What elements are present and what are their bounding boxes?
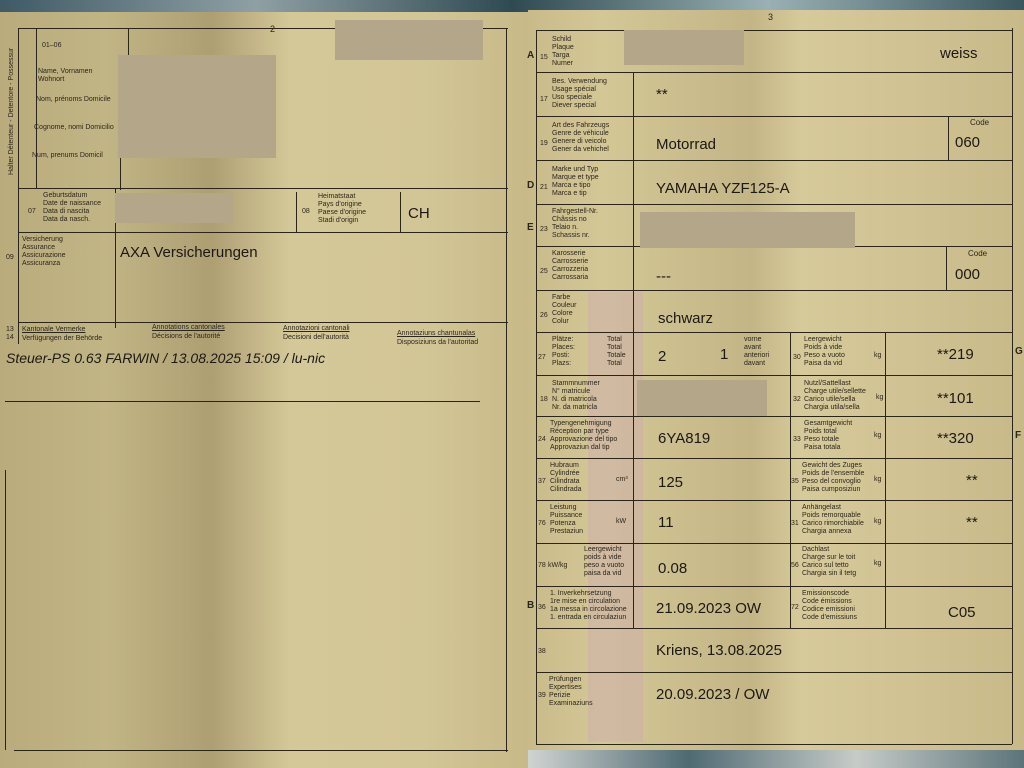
section-letter-d: D: [527, 180, 534, 191]
field-32-label: Chargia utila/sella: [804, 404, 860, 412]
field-21-number: 21: [540, 184, 548, 191]
seats-front-label: vorne: [744, 336, 762, 344]
field-31-number: 31: [791, 520, 799, 527]
field-25-label: Carrossaria: [552, 274, 588, 282]
field-25-label: Karosserie: [552, 250, 585, 258]
vehicle-type-code: 060: [955, 134, 980, 151]
divider: [536, 628, 1012, 629]
field-39-label: Perizie: [549, 692, 570, 700]
field-15-label: Schild: [552, 36, 571, 44]
divider: [536, 290, 1012, 291]
field-19-label: Genre de véhicule: [552, 130, 609, 138]
annotations-label: Annotations cantonales: [152, 324, 225, 332]
type-approval-value: 6YA819: [658, 430, 710, 447]
divider: [536, 72, 1012, 73]
field-21-label: Marke und Typ: [552, 166, 598, 174]
first-registration-value: 21.09.2023 OW: [656, 600, 761, 617]
field-24-label: Approvaziun dal tip: [550, 444, 610, 452]
divider: [536, 543, 1012, 544]
field-23-label: Fahrgestell-Nr.: [552, 208, 598, 216]
code-label: Code: [970, 118, 989, 127]
top-redacted: [335, 20, 483, 60]
field-35-number: 35: [791, 478, 799, 485]
field-24-label: Approvazione del tipo: [550, 436, 617, 444]
field-17-label: Diever special: [552, 102, 596, 110]
side-letter-g: G: [1015, 346, 1023, 357]
field-32-label: Carico utile/sella: [804, 396, 855, 404]
color-value: schwarz: [658, 310, 713, 327]
field-76-label: Potenza: [550, 520, 576, 528]
divider: [5, 401, 480, 402]
field-07-label: Date de naissance: [43, 200, 101, 208]
field-21-label: Marca e tip: [552, 190, 587, 198]
field-17-label: Bes. Verwendung: [552, 78, 607, 86]
trailer-load-value: **: [966, 514, 978, 531]
field-26-number: 26: [540, 312, 548, 319]
field-19-label: Gener da vehichel: [552, 146, 609, 154]
unit-cm3: cm³: [616, 476, 628, 484]
field-76-label: Leistung: [550, 504, 576, 512]
field-23-label: Telaio n.: [552, 224, 578, 232]
field-30-number: 30: [793, 354, 801, 361]
field-18-label: N. di matricola: [552, 396, 597, 404]
field-32-label: Charge utile/sellette: [804, 388, 866, 396]
field-35-label: Peso del convoglio: [802, 478, 861, 486]
field-30-label: Leergewicht: [804, 336, 842, 344]
field-15-number: 15: [540, 54, 548, 61]
field-37-label: Cylindrée: [550, 470, 580, 478]
divider: [536, 204, 1012, 205]
side-letter-f: F: [1015, 430, 1021, 441]
field-32-number: 32: [793, 396, 801, 403]
field-27-label: Plazs:: [552, 360, 571, 368]
seats-front-label: anteriori: [744, 352, 769, 360]
divider: [885, 332, 886, 628]
field-09-label: Versicherung: [22, 236, 63, 244]
field-01-06-label-de: Name, Vornamen Wohnort: [38, 68, 118, 83]
field-26-label: Colur: [552, 318, 569, 326]
divider: [536, 332, 1012, 333]
field-25-number: 25: [540, 268, 548, 275]
field-01-06-label-rm: Num, prenums Domicil: [32, 152, 112, 160]
unit-kw-kg: kW/kg: [548, 562, 567, 570]
field-30-label: Paisa da vid: [804, 360, 842, 368]
divider: [536, 30, 537, 744]
field-33-label: Paisa totala: [804, 444, 841, 452]
chassis-redacted: [640, 212, 855, 248]
field-24-label: Typengenehmigung: [550, 420, 612, 428]
displacement-value: 125: [658, 474, 683, 491]
field-25-label: Carrosserie: [552, 258, 588, 266]
field-23-label: Schassis nr.: [552, 232, 590, 240]
body-code: 000: [955, 266, 980, 283]
field-27-label: Posti:: [552, 352, 570, 360]
field-36-label: 1a messa in circolazione: [550, 606, 627, 614]
emission-code-value: C05: [948, 604, 976, 621]
field-23-number: 23: [540, 226, 548, 233]
field-35-label: Gewicht des Zuges: [802, 462, 862, 470]
field-15-label: Targa: [552, 52, 570, 60]
divider: [536, 160, 1012, 161]
field-27-sublabel: Total: [607, 336, 622, 344]
field-72-label: Emissionscode: [802, 590, 849, 598]
field-72-label: Codice emissioni: [802, 606, 855, 614]
total-weight-value: **320: [937, 430, 974, 447]
field-18-number: 18: [540, 396, 548, 403]
divider: [36, 28, 37, 188]
field-76-number: 76: [538, 520, 546, 527]
field-27-label: Places:: [552, 344, 575, 352]
field-23-label: Châssis no: [552, 216, 587, 224]
payload-value: **101: [937, 390, 974, 407]
matriculation-redacted: [637, 380, 767, 416]
divider: [536, 375, 1012, 376]
seats-front-label: davant: [744, 360, 765, 368]
field-31-label: Anhängelast: [802, 504, 841, 512]
field-08-label: Heimatstaat: [318, 193, 355, 201]
field-78-label: paisa da vid: [584, 570, 621, 578]
section-letter-b: B: [527, 600, 534, 611]
divider: [18, 28, 19, 344]
field-36-label: 1. entrada en circulaziun: [550, 614, 626, 622]
field-24-label: Réception par type: [550, 428, 609, 436]
unit-kg: kg: [874, 432, 881, 440]
field-39-label: Examinaziuns: [549, 700, 593, 708]
field-78-number: 78: [538, 562, 546, 569]
field-30-label: Poids à vide: [804, 344, 842, 352]
code-label: Code: [968, 249, 987, 258]
divider: [536, 672, 1012, 673]
field-56-label: Carico sul tetto: [802, 562, 849, 570]
field-17-number: 17: [540, 96, 548, 103]
field-09-label: Assicuranza: [22, 260, 60, 268]
field-07-label: Data da nasch.: [43, 216, 90, 224]
field-19-number: 19: [540, 140, 548, 147]
divider: [536, 500, 1012, 501]
annotations-label: Verfügungen der Behörde: [22, 335, 102, 343]
field-33-label: Poids total: [804, 428, 837, 436]
section-letter-a: A: [527, 50, 534, 61]
field-08-label: Paese d'origine: [318, 209, 366, 217]
annotations-label: Disposiziuns da l'autoritad: [397, 339, 478, 347]
make-model-value: YAMAHA YZF125-A: [656, 180, 790, 197]
field-17-label: Uso speciale: [552, 94, 592, 102]
field-30-label: Peso a vuoto: [804, 352, 845, 360]
field-27-sublabel: Totale: [607, 352, 626, 360]
divider: [946, 246, 947, 290]
vehicle-type-value: Motorrad: [656, 136, 716, 153]
field-36-number: 36: [538, 604, 546, 611]
field-01-06-label-it: Cognome, nomi Domicilio: [34, 124, 114, 132]
annotations-label: Decisioni dell'autorità: [283, 334, 349, 342]
field-18-label: N° matricule: [552, 388, 590, 396]
field-72-label: Code d'emissiuns: [802, 614, 857, 622]
issue-place-date-value: Kriens, 13.08.2025: [656, 642, 782, 659]
seats-front-value: 1: [720, 346, 728, 363]
field-01-06-number: 01–06: [42, 42, 61, 50]
tax-annotation: Steuer-PS 0.63 FARWIN / 13.08.2025 15:09…: [6, 350, 325, 366]
unit-kg: kg: [874, 560, 881, 568]
annotations-label: Annotaziuns chantunalas: [397, 330, 475, 338]
divider: [1012, 28, 1013, 744]
origin-country-value: CH: [408, 205, 430, 222]
section-letter-e: E: [527, 222, 534, 233]
divider: [18, 232, 508, 233]
field-37-label: Cilindrata: [550, 478, 580, 486]
divider: [18, 322, 508, 323]
field-35-label: Poids de l'ensemble: [802, 470, 864, 478]
divider: [506, 28, 507, 752]
field-17-label: Usage spécial: [552, 86, 596, 94]
insurance-value: AXA Versicherungen: [120, 244, 258, 261]
divider: [536, 586, 1012, 587]
field-18-label: Nr. da matricla: [552, 404, 597, 412]
field-56-label: Charge sur le toit: [802, 554, 855, 562]
field-39-label: Prüfungen: [549, 676, 581, 684]
annotations-label: Annotazioni cantonali: [283, 325, 350, 333]
field-19-label: Art des Fahrzeugs: [552, 122, 609, 130]
divider: [18, 188, 508, 189]
divider: [296, 192, 297, 232]
field-76-label: Puissance: [550, 512, 582, 520]
field-33-label: Gesamtgewicht: [804, 420, 852, 428]
field-08-label: Pays d'origine: [318, 201, 362, 209]
field-07-number: 07: [28, 208, 36, 215]
train-weight-value: **: [966, 472, 978, 489]
field-09-label: Assicurazione: [22, 252, 66, 260]
right-page-number: 3: [768, 12, 773, 22]
unit-kg: kg: [874, 476, 881, 484]
field-72-number: 72: [791, 604, 799, 611]
unit-kg: kg: [874, 518, 881, 526]
field-26-label: Couleur: [552, 302, 577, 310]
field-21-label: Marca e tipo: [552, 182, 591, 190]
divider: [536, 458, 1012, 459]
plate-redacted: [624, 30, 744, 65]
field-31-label: Poids remorquable: [802, 512, 861, 520]
annotations-label: Kantonale Vermerke: [22, 326, 85, 334]
field-14-number: 14: [6, 334, 14, 341]
field-07-label: Geburtsdatum: [43, 192, 87, 200]
field-08-label: Stadi d'origin: [318, 217, 358, 225]
plate-color-value: weiss: [940, 45, 978, 62]
divider: [536, 744, 1012, 745]
field-56-label: Dachlast: [802, 546, 829, 554]
field-08-number: 08: [302, 208, 310, 215]
divider: [14, 750, 508, 751]
field-35-label: Paisa cumposiziun: [802, 486, 860, 494]
field-26-label: Farbe: [552, 294, 570, 302]
divider: [536, 116, 1012, 117]
divider: [633, 72, 634, 628]
divider: [5, 470, 6, 750]
field-36-label: 1re mise en circulation: [550, 598, 620, 606]
power-weight-value: 0.08: [658, 560, 687, 577]
unit-kg: kg: [876, 394, 883, 402]
field-07-label: Data di nascita: [43, 208, 89, 216]
special-use-value: **: [656, 86, 668, 103]
divider: [400, 192, 401, 232]
birthdate-redacted: [115, 193, 233, 223]
field-72-label: Code émissions: [802, 598, 852, 606]
left-page-number: 2: [270, 24, 275, 34]
field-18-label: Stammnummer: [552, 380, 600, 388]
field-31-label: Chargia annexa: [802, 528, 851, 536]
field-13-number: 13: [6, 326, 14, 333]
divider: [536, 30, 1012, 31]
field-39-number: 39: [538, 692, 546, 699]
annotations-label: Décisions de l'autorité: [152, 333, 220, 341]
field-38-number: 38: [538, 648, 546, 655]
field-56-number: 56: [791, 562, 799, 569]
field-56-label: Chargia sin il tetg: [802, 570, 856, 578]
field-32-label: Nutzl/Sattellast: [804, 380, 851, 388]
field-27-sublabel: Total: [607, 360, 622, 368]
seats-front-label: avant: [744, 344, 761, 352]
field-27-sublabel: Total: [607, 344, 622, 352]
unit-kw: kW: [616, 518, 626, 526]
divider: [536, 416, 1012, 417]
field-24-number: 24: [538, 436, 546, 443]
body-value: ---: [656, 268, 671, 285]
field-37-label: Cilindrada: [550, 486, 582, 494]
field-33-number: 33: [793, 436, 801, 443]
field-76-label: Prestaziun: [550, 528, 583, 536]
field-27-number: 27: [538, 354, 546, 361]
field-37-number: 37: [538, 478, 546, 485]
field-09-number: 09: [6, 254, 14, 261]
field-37-label: Hubraum: [550, 462, 579, 470]
inspection-value: 20.09.2023 / OW: [656, 686, 769, 703]
field-15-label: Plaque: [552, 44, 574, 52]
field-27-label: Plätze:: [552, 336, 573, 344]
field-01-06-label-fr: Nom, prénoms Domicile: [36, 96, 116, 104]
field-25-label: Carrozzeria: [552, 266, 588, 274]
field-78-label: poids à vide: [584, 554, 621, 562]
holder-name-redacted: [118, 55, 276, 158]
unit-kg: kg: [874, 352, 881, 360]
divider: [948, 116, 949, 160]
power-value: 11: [658, 514, 674, 531]
field-78-label: peso a vuoto: [584, 562, 624, 570]
empty-weight-value: **219: [937, 346, 974, 363]
field-21-label: Marque et type: [552, 174, 599, 182]
field-39-label: Expertises: [549, 684, 582, 692]
field-15-label: Numer: [552, 60, 573, 68]
field-26-label: Colore: [552, 310, 573, 318]
field-36-label: 1. Inverkehrsetzung: [550, 590, 611, 598]
field-09-label: Assurance: [22, 244, 55, 252]
seats-total-value: 2: [658, 348, 666, 365]
field-33-label: Peso totale: [804, 436, 839, 444]
field-78-label: Leergewicht: [584, 546, 622, 554]
holder-vertical-label: Halter Détenteur - Detentore - Possessur: [8, 48, 15, 175]
field-31-label: Carico rimorchiabile: [802, 520, 864, 528]
field-19-label: Genere di veicolo: [552, 138, 606, 146]
